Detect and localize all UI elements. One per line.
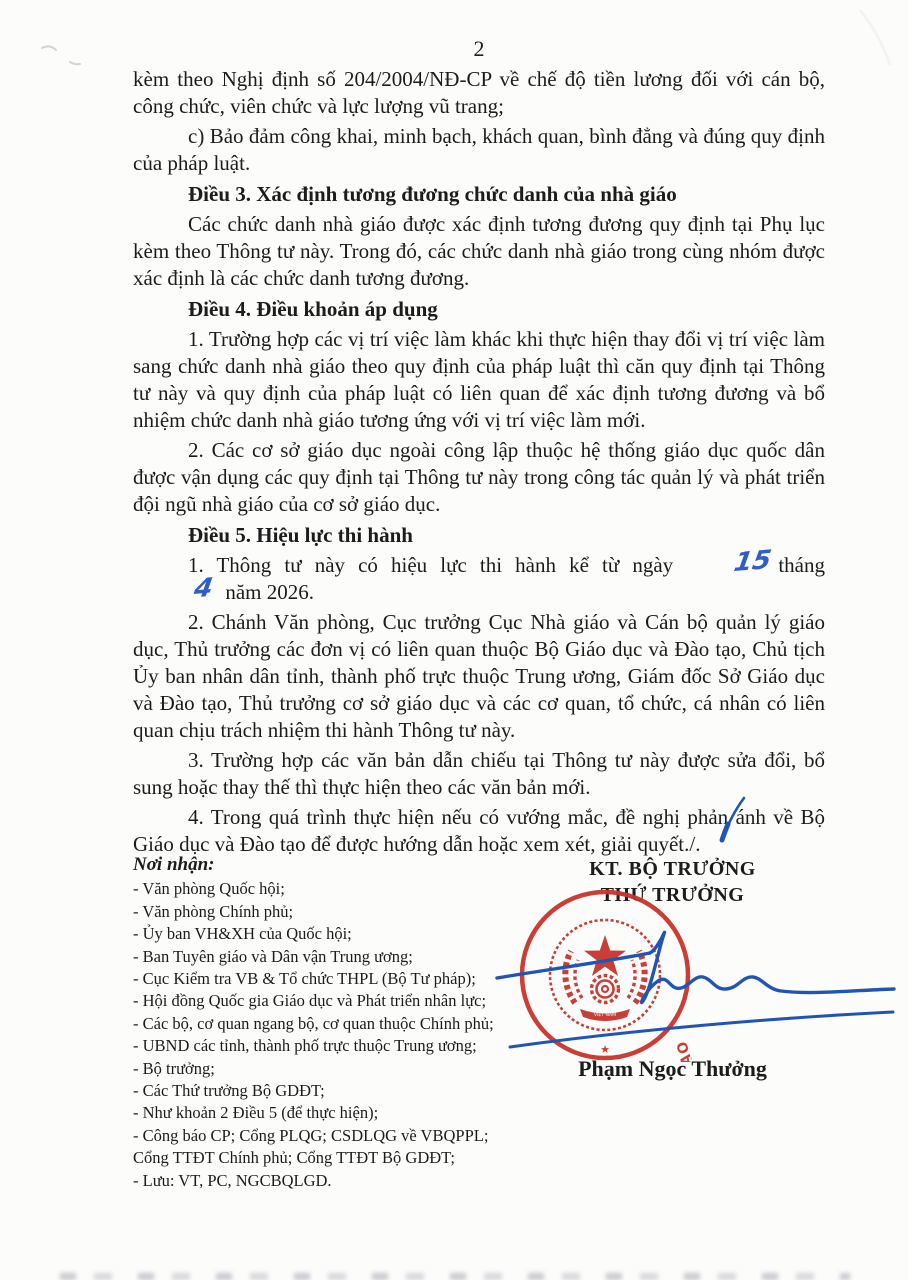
recipients-section: Nơi nhận: - Văn phòng Quốc hội; - Văn ph… (133, 854, 533, 1192)
recipient-line: - Cục Kiểm tra VB & Tổ chức THPL (Bộ Tư … (133, 968, 533, 990)
heading-dieu-3: Điều 3. Xác định tương đương chức danh c… (133, 181, 825, 208)
recipient-line: - Hội đồng Quốc gia Giáo dục và Phát tri… (133, 990, 533, 1012)
paragraph-dieu-4-1: 1. Trường hợp các vị trí việc làm khác k… (133, 326, 825, 434)
recipient-line: - Bộ trưởng; (133, 1058, 533, 1080)
seal-ribbon-text: VIỆT NAM (594, 1010, 616, 1018)
recipient-line: - Các Thứ trưởng Bộ GDĐT; (133, 1080, 533, 1102)
next-page-bleed (60, 1273, 850, 1280)
document-body: kèm theo Nghị định số 204/2004/NĐ-CP về … (133, 66, 825, 861)
recipient-line: - Ban Tuyên giáo và Dân vận Trung ương; (133, 946, 533, 968)
paragraph-carryover: kèm theo Nghị định số 204/2004/NĐ-CP về … (133, 66, 825, 120)
pencil-smudge (42, 46, 56, 50)
paragraph-point-c: c) Bảo đảm công khai, minh bạch, khách q… (133, 123, 825, 177)
paragraph-dieu-4-2: 2. Các cơ sở giáo dục ngoài công lập thu… (133, 437, 825, 518)
recipients-heading: Nơi nhận: (133, 854, 533, 876)
recipient-line: - Các bộ, cơ quan ngang bộ, cơ quan thuộ… (133, 1013, 533, 1035)
recipient-line: - Văn phòng Chính phủ; (133, 901, 533, 923)
recipient-line: - Công báo CP; Cổng PLQG; CSDLQG về VBQP… (133, 1125, 533, 1147)
seal-bottom-star-icon: ★ (600, 1044, 610, 1056)
date-line-suffix: năm 2026. (225, 580, 314, 604)
page-number: 2 (133, 36, 825, 62)
paragraph-dieu-5-3: 3. Trường hợp các văn bản dẫn chiếu tại … (133, 747, 825, 801)
recipient-line: - Lưu: VT, PC, NGCBQLGD. (133, 1170, 533, 1192)
pencil-smudge (70, 62, 80, 64)
scan-streak (860, 10, 890, 65)
recipient-line: - UBND các tỉnh, thành phố trực thuộc Tr… (133, 1035, 533, 1057)
signing-authority-line: KT. BỘ TRƯỞNG (500, 858, 845, 881)
recipient-line: Cổng TTĐT Chính phủ; Cổng TTĐT Bộ GDĐT; (133, 1147, 533, 1169)
handwritten-day: 15 (677, 550, 773, 578)
paragraph-dieu-5-4: 4. Trong quá trình thực hiện nếu có vướn… (133, 804, 825, 858)
recipient-line: - Văn phòng Quốc hội; (133, 878, 533, 900)
paragraph-dieu-3: Các chức danh nhà giáo được xác định tươ… (133, 211, 825, 292)
date-line-prefix: 1. Thông tư này có hiệu lực thi hành kể … (188, 553, 673, 577)
paragraph-effective-date: 1. Thông tư này có hiệu lực thi hành kể … (133, 552, 825, 606)
date-line-mid: tháng (778, 553, 825, 577)
official-seal-icon: VIỆT NAM BỘ GIÁO DỤC VÀ ĐÀO TẠO ★ (518, 888, 692, 1062)
recipient-line: - Ủy ban VH&XH của Quốc hội; (133, 923, 533, 945)
heading-dieu-5: Điều 5. Hiệu lực thi hành (133, 522, 825, 549)
scanned-document-page: 2 kèm theo Nghị định số 204/2004/NĐ-CP v… (0, 0, 908, 1280)
recipient-line: - Như khoản 2 Điều 5 (để thực hiện); (133, 1102, 533, 1124)
paragraph-dieu-5-2: 2. Chánh Văn phòng, Cục trưởng Cục Nhà g… (133, 609, 825, 744)
heading-dieu-4: Điều 4. Điều khoản áp dụng (133, 296, 825, 323)
handwritten-month: 4 (137, 578, 215, 604)
